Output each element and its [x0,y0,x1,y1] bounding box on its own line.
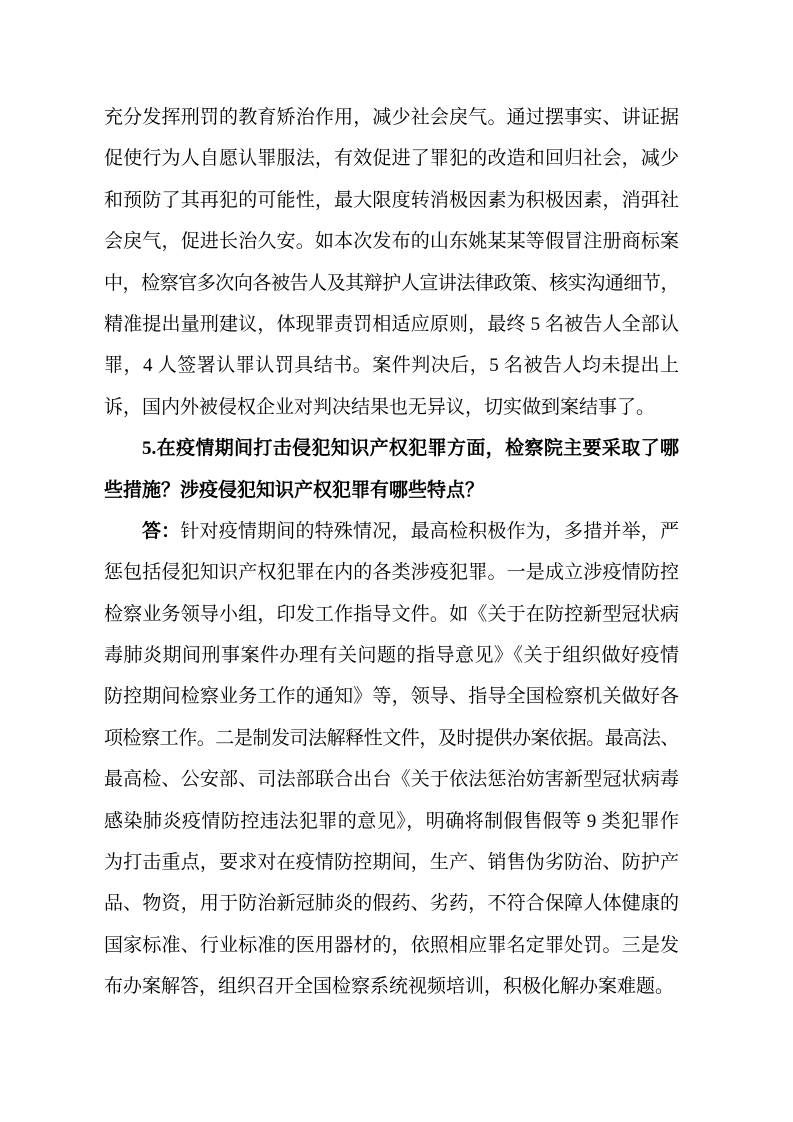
text-line: 检察业务领导小组，印发工作指导文件。如《关于在防控新型冠状病 [104,594,679,635]
text-line: 国家标准、行业标准的医用器材的，依照相应罪名定罪处罚。三是发 [104,925,679,966]
text-line: 精准提出量刑建议，体现罪责罚相适应原则，最终 5 名被告人全部认 [104,304,679,345]
text-segment: 促使行为人自愿认罪服法，有效促进了罪犯的改造和回归社会，减少 [104,148,679,169]
continued-paragraph: 充分发挥刑罚的教育矫治作用，减少社会戾气。通过摆事实、讲证据促使行为人自愿认罪服… [104,97,679,428]
text-segment: 毒肺炎期间刑事案件办理有关问题的指导意见》《关于组织做好疫情 [104,645,679,666]
bold-text-segment: 些措施？涉疫侵犯知识产权犯罪有哪些特点？ [104,480,484,501]
text-line: 感染肺炎疫情防控违法犯罪的意见》，明确将制假售假等 9 类犯罪作 [104,801,679,842]
page-content: 充分发挥刑罚的教育矫治作用，减少社会戾气。通过摆事实、讲证据促使行为人自愿认罪服… [104,97,679,1008]
document-page: 充分发挥刑罚的教育矫治作用，减少社会戾气。通过摆事实、讲证据促使行为人自愿认罪服… [0,0,793,1122]
text-segment: 品、物资，用于防治新冠肺炎的假药、劣药，不符合保障人体健康的 [104,893,679,914]
text-segment: 充分发挥刑罚的教育矫治作用，减少社会戾气。通过摆事实、讲证据 [104,107,679,128]
text-line: 品、物资，用于防治新冠肺炎的假药、劣药，不符合保障人体健康的 [104,883,679,924]
text-line: 促使行为人自愿认罪服法，有效促进了罪犯的改造和回归社会，减少 [104,138,679,179]
text-line: 5.在疫情期间打击侵犯知识产权犯罪方面，检察院主要采取了哪 [104,428,679,469]
text-line: 诉，国内外被侵权企业对判决结果也无异议，切实做到案结事了。 [104,387,679,428]
text-line: 为打击重点，要求对在疫情防控期间，生产、销售伪劣防治、防护产 [104,842,679,883]
question-5-heading: 5.在疫情期间打击侵犯知识产权犯罪方面，检察院主要采取了哪些措施？涉疫侵犯知识产… [104,428,679,511]
text-segment: 国家标准、行业标准的医用器材的，依照相应罪名定罪处罚。三是发 [104,935,679,956]
text-line: 惩包括侵犯知识产权犯罪在内的各类涉疫犯罪。一是成立涉疫情防控 [104,552,679,593]
text-segment: 诉，国内外被侵权企业对判决结果也无异议，切实做到案结事了。 [104,397,655,418]
text-line: 答：针对疫情期间的特殊情况，最高检积极作为，多措并举，严 [104,511,679,552]
text-line: 毒肺炎期间刑事案件办理有关问题的指导意见》《关于组织做好疫情 [104,635,679,676]
answer-paragraph: 答：针对疫情期间的特殊情况，最高检积极作为，多措并举，严惩包括侵犯知识产权犯罪在… [104,511,679,1008]
bold-text-segment: 5.在疫情期间打击侵犯知识产权犯罪方面，检察院主要采取了哪 [142,438,679,459]
text-line: 中，检察官多次向各被告人及其辩护人宣讲法律政策、核实沟通细节， [104,263,679,304]
text-segment: 精准提出量刑建议，体现罪责罚相适应原则，最终 5 名被告人全部认 [104,314,679,335]
text-line: 些措施？涉疫侵犯知识产权犯罪有哪些特点？ [104,470,679,511]
text-segment: 会戾气，促进长治久安。如本次发布的山东姚某某等假冒注册商标案 [104,231,679,252]
text-segment: 为打击重点，要求对在疫情防控期间，生产、销售伪劣防治、防护产 [104,852,679,873]
text-line: 罪，4 人签署认罪认罚具结书。案件判决后，5 名被告人均未提出上 [104,345,679,386]
text-segment: 针对疫情期间的特殊情况，最高检积极作为，多措并举，严 [180,521,679,542]
bold-text-segment: 答： [142,521,180,542]
text-line: 最高检、公安部、司法部联合出台《关于依法惩治妨害新型冠状病毒 [104,759,679,800]
text-line: 和预防了其再犯的可能性，最大限度转消极因素为积极因素，消弭社 [104,180,679,221]
text-segment: 防控期间检察业务工作的通知》等，领导、指导全国检察机关做好各 [104,686,679,707]
text-segment: 项检察工作。二是制发司法解释性文件，及时提供办案依据。最高法、 [104,728,679,749]
text-segment: 和预防了其再犯的可能性，最大限度转消极因素为积极因素，消弭社 [104,190,679,211]
text-line: 充分发挥刑罚的教育矫治作用，减少社会戾气。通过摆事实、讲证据 [104,97,679,138]
text-segment: 惩包括侵犯知识产权犯罪在内的各类涉疫犯罪。一是成立涉疫情防控 [104,562,679,583]
text-segment: 感染肺炎疫情防控违法犯罪的意见》，明确将制假售假等 9 类犯罪作 [104,811,679,832]
text-segment: 最高检、公安部、司法部联合出台《关于依法惩治妨害新型冠状病毒 [104,769,679,790]
text-segment: 布办案解答，组织召开全国检察系统视频培训，积极化解办案难题。 [104,976,674,997]
text-segment: 罪，4 人签署认罪认罚具结书。案件判决后，5 名被告人均未提出上 [104,355,679,376]
text-segment: 检察业务领导小组，印发工作指导文件。如《关于在防控新型冠状病 [104,604,679,625]
text-line: 防控期间检察业务工作的通知》等，领导、指导全国检察机关做好各 [104,676,679,717]
text-segment: 中，检察官多次向各被告人及其辩护人宣讲法律政策、核实沟通细节， [104,273,679,294]
text-line: 项检察工作。二是制发司法解释性文件，及时提供办案依据。最高法、 [104,718,679,759]
text-line: 会戾气，促进长治久安。如本次发布的山东姚某某等假冒注册商标案 [104,221,679,262]
text-line: 布办案解答，组织召开全国检察系统视频培训，积极化解办案难题。 [104,966,679,1007]
